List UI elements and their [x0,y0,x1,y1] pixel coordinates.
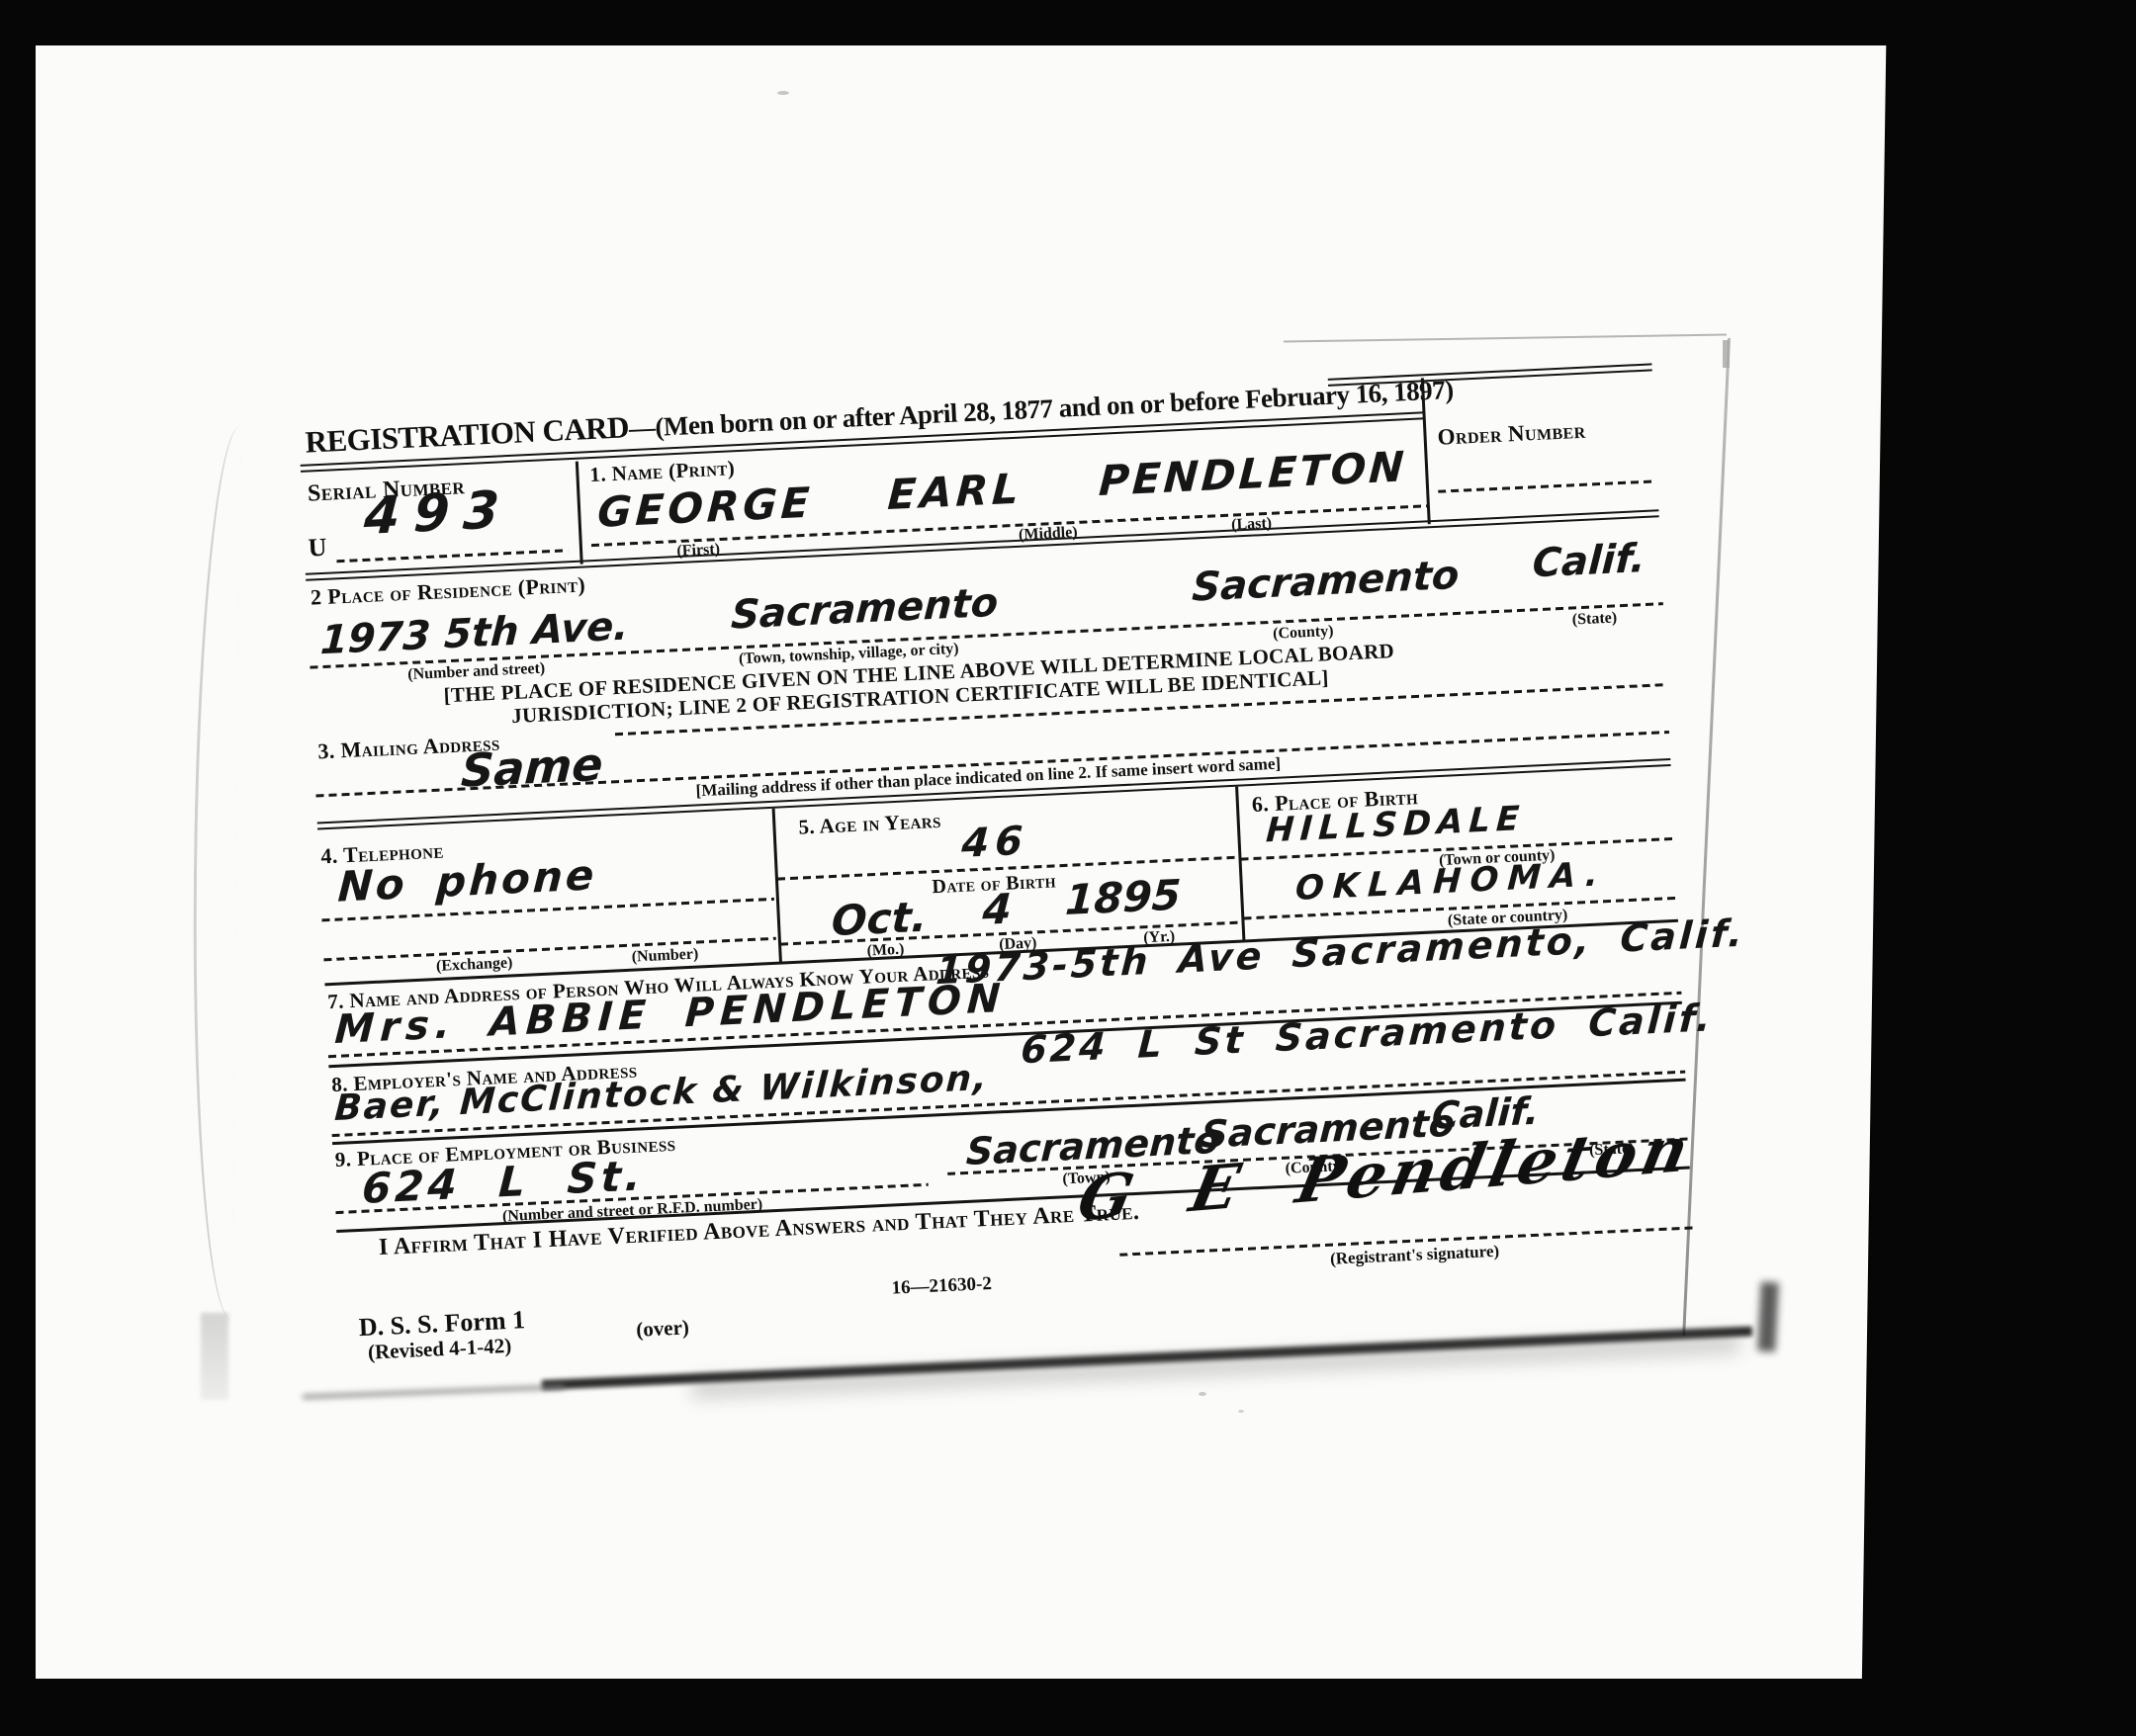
residence-county-value: Sacramento [1191,553,1460,611]
serial-name-divider [576,462,582,564]
telephone-exchange-caption: (Exchange) [436,954,513,976]
name-last-value: PENDLETON [1098,442,1408,505]
order-number-dash-line [1438,479,1653,492]
signature-caption: (Registrant's signature) [1330,1242,1500,1269]
age-value: 46 [960,819,1029,867]
name-middle-caption: (Middle) [1019,524,1078,545]
form-over-note: (over) [636,1315,690,1342]
noise-speck-1 [1199,1392,1206,1396]
residence-town-value: Sacramento [730,580,999,639]
contact-address-value: 1973-5th Ave Sacramento, Calif. [934,911,1746,994]
card-title: REGISTRATION CARD—(Men born on or after … [305,371,1455,461]
scanner-top-bar [0,0,2136,45]
form-revision: (Revised 4-1-42) [367,1334,511,1365]
serial-number-value: 493 [363,480,515,547]
name-first-value: GEORGE [596,477,815,536]
top-speck [777,91,789,95]
scanner-bottom-bar [0,1679,2136,1736]
dob-year-value: 1895 [1064,870,1183,924]
birth-state-value: OKLAHOMA. [1294,854,1608,909]
order-number-label: Order Number [1437,418,1586,451]
scanner-left-bar [0,0,36,1736]
name-first-caption: (First) [676,541,720,561]
left-bottom-smudge [201,1313,228,1400]
name-middle-value: EARL [886,464,1023,519]
scanned-page: REGISTRATION CARD—(Men born on or after … [0,0,2136,1736]
residence-state-caption: (State) [1571,609,1617,629]
residence-state-value: Calif. [1531,536,1646,587]
left-paper-edge-artifact [189,425,240,1320]
serial-prefix: U [308,533,328,564]
registration-card: REGISTRATION CARD—(Men born on or after … [297,323,1697,1384]
noise-speck-2 [1238,1410,1244,1413]
card-corner-nub [1723,340,1730,368]
form-print-number: 16—21630-2 [891,1273,992,1300]
telephone-number-caption: (Number) [631,946,698,967]
age-label: 5. Age in Years [798,809,941,840]
serial-dash-line [336,549,568,563]
card-corner-smudge [1757,1282,1779,1352]
name-last-caption: (Last) [1231,515,1273,535]
card-bottom-shadow-tail [303,1384,565,1400]
residence-county-caption: (County) [1273,623,1334,644]
dob-day-value: 4 [981,884,1013,934]
dob-month-caption: (Mo.) [866,941,905,961]
telephone-age-divider [772,809,782,964]
telephone-dash-line-2 [323,937,776,962]
